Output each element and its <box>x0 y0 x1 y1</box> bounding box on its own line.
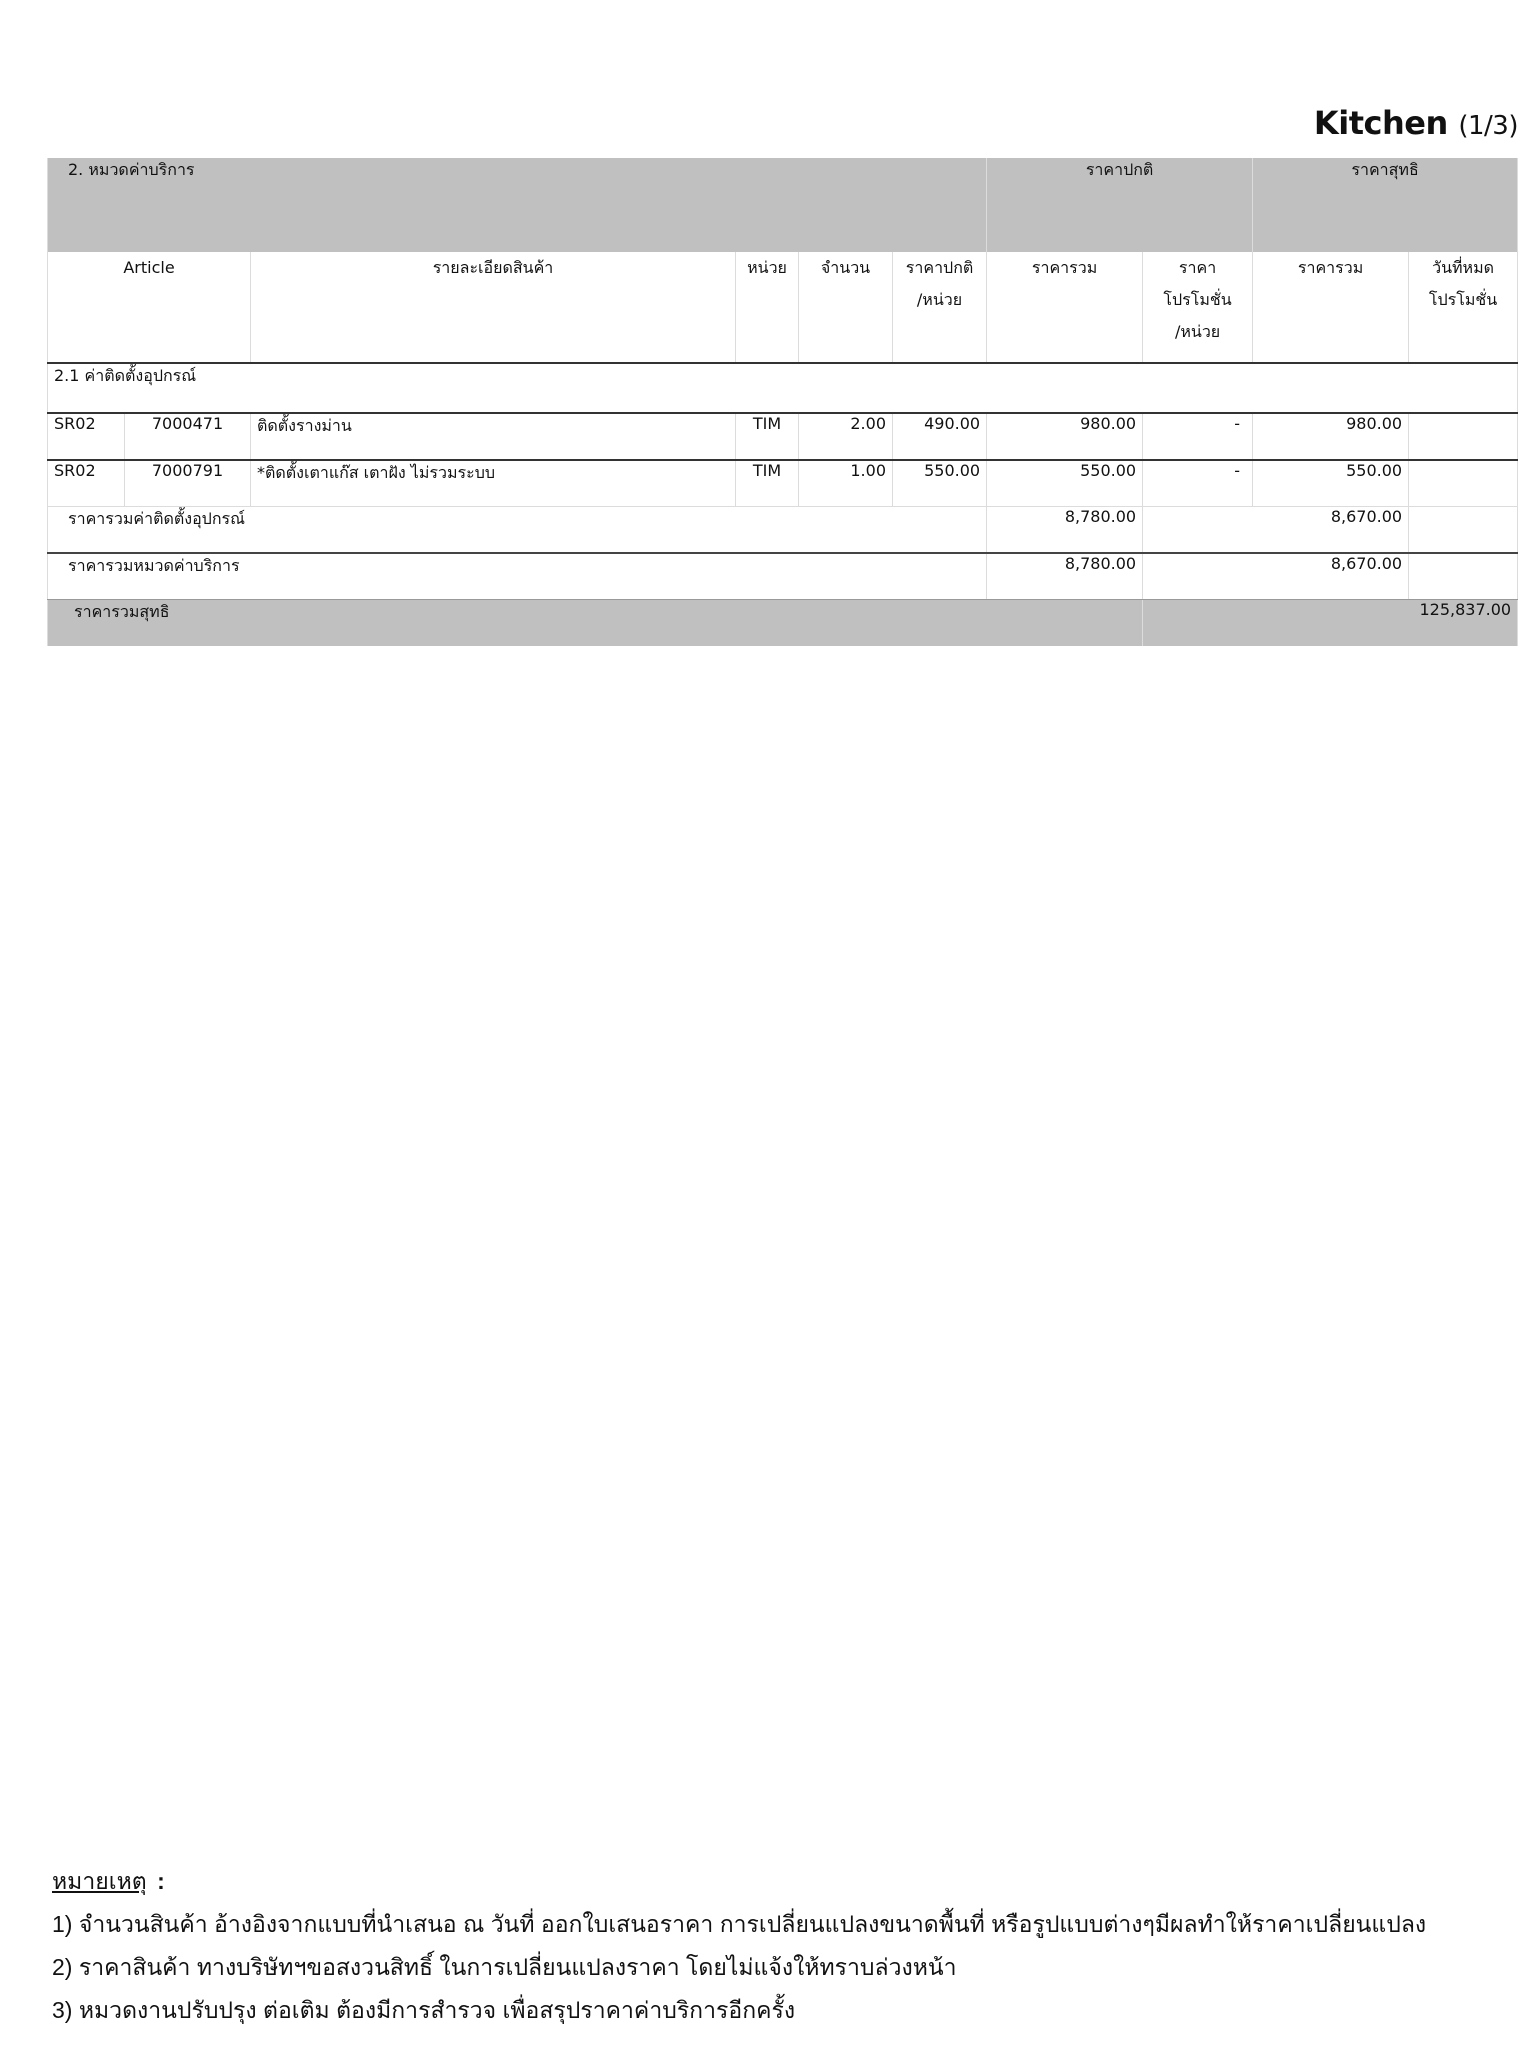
col-article: Article <box>48 252 251 363</box>
row-net-total: 980.00 <box>1253 413 1409 460</box>
grand-total-row: ราคารวมสุทธิ 125,837.00 <box>48 600 1518 647</box>
col-promo-end: วันที่หมด โปรโมชั่น <box>1409 252 1518 363</box>
category-header-row: 2. หมวดค่าบริการ ราคาปกติ ราคาปกติ ราคาส… <box>48 158 1518 252</box>
col-promo-unit-price-line1: ราคา <box>1149 252 1246 284</box>
row-net-total: 550.00 <box>1253 460 1409 507</box>
category-total-regular: 8,780.00 <box>987 553 1143 600</box>
notes-heading-line: หมายเหตุ : <box>52 1860 1426 1903</box>
row-description: *ติดตั้งเตาแก๊ส เตาฝัง ไม่รวมระบบ <box>251 460 736 507</box>
section-subtotal-empty <box>1409 507 1518 554</box>
category-total-empty <box>1409 553 1518 600</box>
row-quantity: 1.00 <box>799 460 893 507</box>
notes-colon: : <box>157 1868 165 1894</box>
section-row: 2.1 ค่าติดตั้งอุปกรณ์ <box>48 363 1518 413</box>
row-regular-total: 550.00 <box>987 460 1143 507</box>
row-regular-total: 980.00 <box>987 413 1143 460</box>
category-total-row: ราคารวมหมวดค่าบริการ 8,780.00 8,670.00 <box>48 553 1518 600</box>
quotation-table: 2. หมวดค่าบริการ ราคาปกติ ราคาปกติ ราคาส… <box>47 158 1518 646</box>
col-regular-unit-price: ราคาปกติ /หน่วย <box>893 252 987 363</box>
col-promo-unit-price-line3: /หน่วย <box>1149 316 1246 348</box>
category-label: 2. หมวดค่าบริการ <box>48 158 987 252</box>
note-item: 2) ราคาสินค้า ทางบริษัทฯขอสงวนสิทธิ์ ในก… <box>52 1946 1426 1989</box>
row-promo-unit-price: - <box>1143 460 1253 507</box>
table-row: SR02 7000471 ติดตั้งรางม่าน TIM 2.00 490… <box>48 413 1518 460</box>
section-label: 2.1 ค่าติดตั้งอุปกรณ์ <box>48 363 1518 413</box>
table-row: SR02 7000791 *ติดตั้งเตาแก๊ส เตาฝัง ไม่ร… <box>48 460 1518 507</box>
col-promo-unit-price: ราคา โปรโมชั่น /หน่วย <box>1143 252 1253 363</box>
note-item: 1) จำนวนสินค้า อ้างอิงจากแบบที่นำเสนอ ณ … <box>52 1903 1426 1946</box>
group-header-net-price: ราคาสุทธิ <box>1253 158 1518 252</box>
row-promo-unit-price: - <box>1143 413 1253 460</box>
row-unit: TIM <box>736 413 799 460</box>
row-site: SR02 <box>48 460 125 507</box>
page-title: Kitchen (1/3) <box>1314 104 1518 142</box>
row-regular-unit-price: 490.00 <box>893 413 987 460</box>
row-site: SR02 <box>48 413 125 460</box>
column-header-row: Article รายละเอียดสินค้า หน่วย จำนวน ราค… <box>48 252 1518 363</box>
page-title-text: Kitchen <box>1314 104 1448 142</box>
section-subtotal-label: ราคารวมค่าติดตั้งอุปกรณ์ <box>48 507 987 554</box>
row-quantity: 2.00 <box>799 413 893 460</box>
category-total-label: ราคารวมหมวดค่าบริการ <box>48 553 987 600</box>
row-promo-end <box>1409 413 1518 460</box>
row-description: ติดตั้งรางม่าน <box>251 413 736 460</box>
page-indicator: (1/3) <box>1458 111 1518 141</box>
col-quantity: จำนวน <box>799 252 893 363</box>
group-header-regular-price: ราคาปกติ <box>987 158 1253 252</box>
row-unit: TIM <box>736 460 799 507</box>
col-regular-total: ราคารวม <box>987 252 1143 363</box>
col-promo-unit-price-line2: โปรโมชั่น <box>1149 284 1246 316</box>
section-subtotal-regular: 8,780.00 <box>987 507 1143 554</box>
notes-heading: หมายเหตุ <box>52 1868 147 1894</box>
row-regular-unit-price: 550.00 <box>893 460 987 507</box>
col-promo-end-line2: โปรโมชั่น <box>1415 284 1511 316</box>
row-promo-end <box>1409 460 1518 507</box>
notes-section: หมายเหตุ : 1) จำนวนสินค้า อ้างอิงจากแบบท… <box>52 1860 1426 2032</box>
category-total-net: 8,670.00 <box>1143 553 1409 600</box>
col-regular-unit-price-line2: /หน่วย <box>899 284 980 316</box>
row-article: 7000471 <box>125 413 251 460</box>
col-promo-end-line1: วันที่หมด <box>1415 252 1511 284</box>
col-net-total: ราคารวม <box>1253 252 1409 363</box>
group-header-regular-label: ราคาปกติ <box>1086 160 1154 179</box>
col-regular-unit-price-line1: ราคาปกติ <box>899 252 980 284</box>
col-unit: หน่วย <box>736 252 799 363</box>
section-subtotal-row: ราคารวมค่าติดตั้งอุปกรณ์ 8,780.00 8,670.… <box>48 507 1518 554</box>
row-article: 7000791 <box>125 460 251 507</box>
col-description: รายละเอียดสินค้า <box>251 252 736 363</box>
section-subtotal-net: 8,670.00 <box>1143 507 1409 554</box>
grand-total-value: 125,837.00 <box>1143 600 1518 647</box>
note-item: 3) หมวดงานปรับปรุง ต่อเติม ต้องมีการสำรว… <box>52 1989 1426 2032</box>
group-header-net-label: ราคาสุทธิ <box>1351 160 1418 179</box>
grand-total-label: ราคารวมสุทธิ <box>48 600 1143 647</box>
